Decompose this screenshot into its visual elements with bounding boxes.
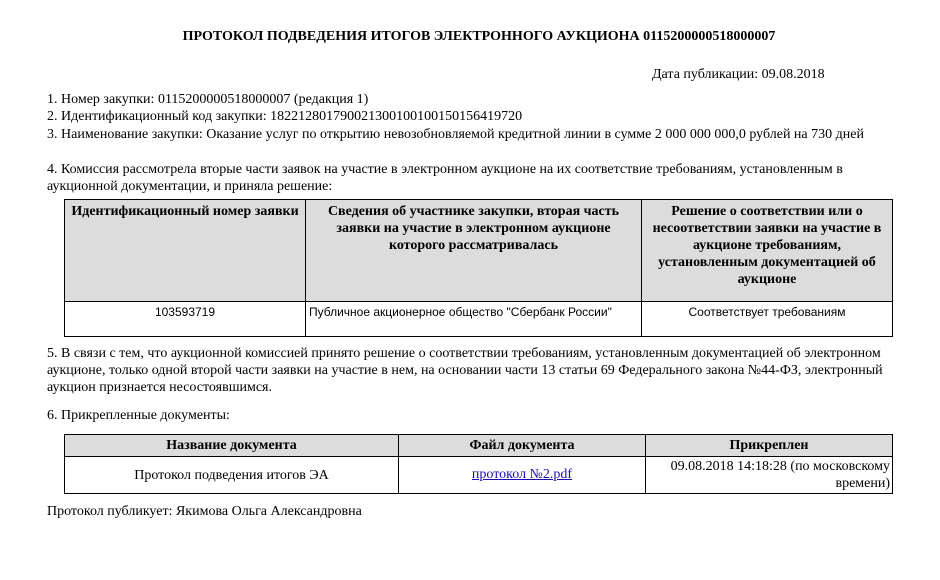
auction-failed-statement: 5. В связи с тем, что аукционной комисси… [47,345,897,396]
publication-date: Дата публикации: 09.08.2018 [652,67,825,83]
purchase-name: 3. Наименование закупки: Оказание услуг … [47,126,897,143]
page-title: ПРОТОКОЛ ПОДВЕДЕНИЯ ИТОГОВ ЭЛЕКТРОННОГО … [0,29,940,45]
commission-decision-intro: 4. Комиссия рассмотрела вторые части зая… [47,161,897,195]
documents-table-header: Название документа Файл документа Прикре… [65,435,893,457]
purchase-id-code: 2. Идентификационный код закупки: 182212… [47,108,897,125]
document-file-link[interactable]: протокол №2.pdf [472,467,572,482]
attached-documents-label: 6. Прикрепленные документы: [47,407,897,424]
header-application-id: Идентификационный номер заявки [65,200,306,302]
application-id: 103593719 [65,302,306,337]
header-document-file: Файл документа [399,435,646,457]
table-row: 103593719 Публичное акционерное общество… [65,302,893,337]
decision-table: Идентификационный номер заявки Сведения … [64,199,893,337]
header-decision: Решение о соответствии или о несоответст… [642,200,893,302]
attached-datetime: 09.08.2018 14:18:28 (по московскому врем… [646,457,893,494]
document-file-cell: протокол №2.pdf [399,457,646,494]
decision-table-header: Идентификационный номер заявки Сведения … [65,200,893,302]
document-name: Протокол подведения итогов ЭА [65,457,399,494]
publisher: Протокол публикует: Якимова Ольга Алекса… [47,503,897,520]
decision-result: Соответствует требованиям [642,302,893,337]
header-document-name: Название документа [65,435,399,457]
table-row: Протокол подведения итогов ЭА протокол №… [65,457,893,494]
header-attached: Прикреплен [646,435,893,457]
purchase-number: 1. Номер закупки: 0115200000518000007 (р… [47,91,897,108]
participant-name: Публичное акционерное общество "Сбербанк… [306,302,642,337]
documents-table: Название документа Файл документа Прикре… [64,434,893,494]
header-participant-info: Сведения об участнике закупки, вторая ча… [306,200,642,302]
